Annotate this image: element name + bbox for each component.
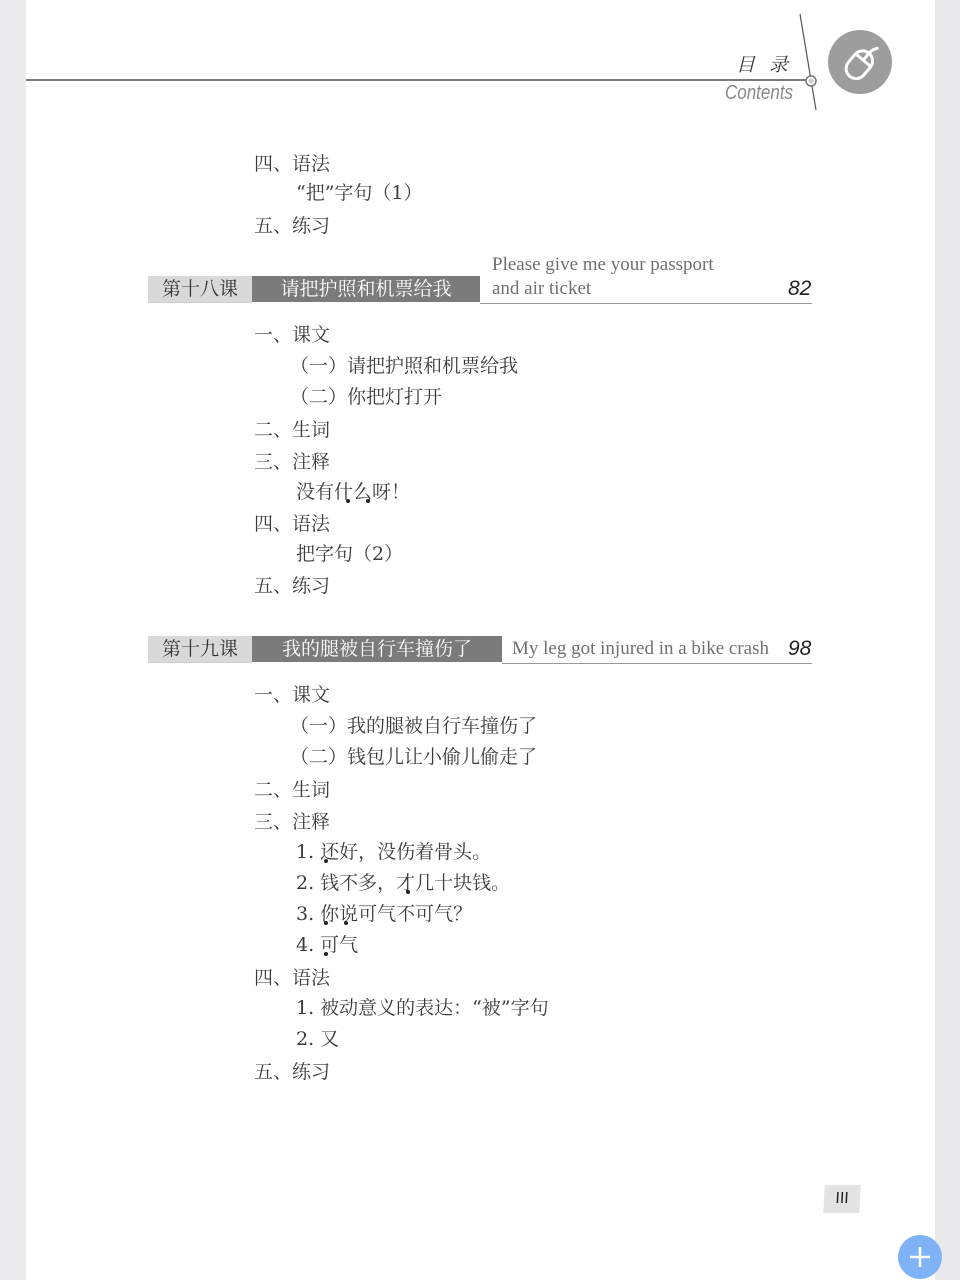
- toc-item-notes[interactable]: 三、注释: [254, 807, 330, 834]
- header-diagonal-divider: [0, 0, 960, 130]
- lesson-number: 第十八课: [148, 276, 252, 302]
- toc-item-vocabulary[interactable]: 二、生词: [254, 415, 330, 442]
- toc-item-exercises[interactable]: 五、练习: [254, 211, 330, 238]
- note-text: 3. 你说可气不可气？: [296, 903, 472, 925]
- toc-subitem-text-2[interactable]: （二）你把灯打开: [290, 382, 442, 409]
- toc-item-grammar[interactable]: 四、语法: [254, 149, 330, 176]
- emphasis-dots: [406, 890, 410, 894]
- toc-item-exercises[interactable]: 五、练习: [254, 1057, 330, 1084]
- emphasis-dots: [324, 921, 328, 925]
- toc-item-grammar[interactable]: 四、语法: [254, 963, 330, 990]
- lesson-rule-left: [148, 302, 252, 303]
- lesson-number: 第十九课: [148, 636, 252, 662]
- emphasis-dots: [366, 499, 370, 503]
- lesson-page-number: 82: [788, 277, 811, 301]
- plus-icon: [898, 1235, 942, 1279]
- lesson-title-zh: 我的腿被自行车撞伤了: [252, 636, 502, 662]
- toc-item-notes[interactable]: 三、注释: [254, 447, 330, 474]
- toc-subitem-text-1[interactable]: （一）请把护照和机票给我: [290, 351, 518, 378]
- page-number: III: [823, 1185, 860, 1213]
- toc-subitem-ba-sentence-2[interactable]: 把字句（2）: [296, 539, 403, 566]
- emphasis-dots: [324, 859, 328, 863]
- lesson-rule: [480, 303, 812, 304]
- toc-note-2[interactable]: 2. 钱不多，才几十块钱。: [296, 868, 510, 895]
- computer-mouse-icon: [828, 30, 892, 94]
- lesson-page-number: 98: [788, 637, 811, 661]
- toc-item-grammar[interactable]: 四、语法: [254, 509, 330, 536]
- lesson-title-en: My leg got injured in a bike crash: [512, 638, 769, 660]
- lesson-19-header[interactable]: 第十九课 我的腿被自行车撞伤了 My leg got injured in a …: [148, 636, 812, 662]
- toc-item-text[interactable]: 一、课文: [254, 320, 330, 347]
- lesson-title-en-line2: and air ticket: [492, 278, 591, 300]
- toc-subitem-ba-sentence-1[interactable]: “把”字句（1）: [296, 178, 423, 205]
- emphasis-dots: [344, 921, 348, 925]
- emphasis-dots: [346, 499, 350, 503]
- add-button[interactable]: [898, 1235, 942, 1279]
- toc-note-meiyou-shenme[interactable]: 没有什么呀！: [296, 477, 410, 504]
- toc-item-exercises[interactable]: 五、练习: [254, 571, 330, 598]
- toc-note-3[interactable]: 3. 你说可气不可气？: [296, 899, 472, 926]
- emphasis-dots: [324, 952, 328, 956]
- toc-subitem-text-1[interactable]: （一）我的腿被自行车撞伤了: [290, 711, 537, 738]
- lesson-rule-left: [148, 662, 252, 663]
- toc-note-1[interactable]: 1. 还好，没伤着骨头。: [296, 837, 491, 864]
- lesson-title-en-line1: Please give me your passport: [492, 254, 714, 276]
- toc-item-vocabulary[interactable]: 二、生词: [254, 775, 330, 802]
- note-text: 2. 钱不多，才几十块钱。: [296, 872, 510, 894]
- toc-subitem-you[interactable]: 2. 又: [296, 1024, 339, 1051]
- lesson-title-zh: 请把护照和机票给我: [252, 276, 480, 302]
- toc-subitem-text-2[interactable]: （二）钱包儿让小偷儿偷走了: [290, 742, 537, 769]
- lesson-18-header[interactable]: 第十八课 请把护照和机票给我 Please give me your passp…: [148, 276, 812, 302]
- toc-item-text[interactable]: 一、课文: [254, 680, 330, 707]
- toc-note-4[interactable]: 4. 可气: [296, 930, 358, 957]
- lesson-rule: [502, 663, 812, 664]
- left-page-margin: [0, 0, 26, 1280]
- right-scroll-gutter[interactable]: [935, 0, 960, 1280]
- toc-subitem-passive[interactable]: 1. 被动意义的表达：“被”字句: [296, 993, 549, 1020]
- note-text: 没有什么呀！: [296, 481, 410, 503]
